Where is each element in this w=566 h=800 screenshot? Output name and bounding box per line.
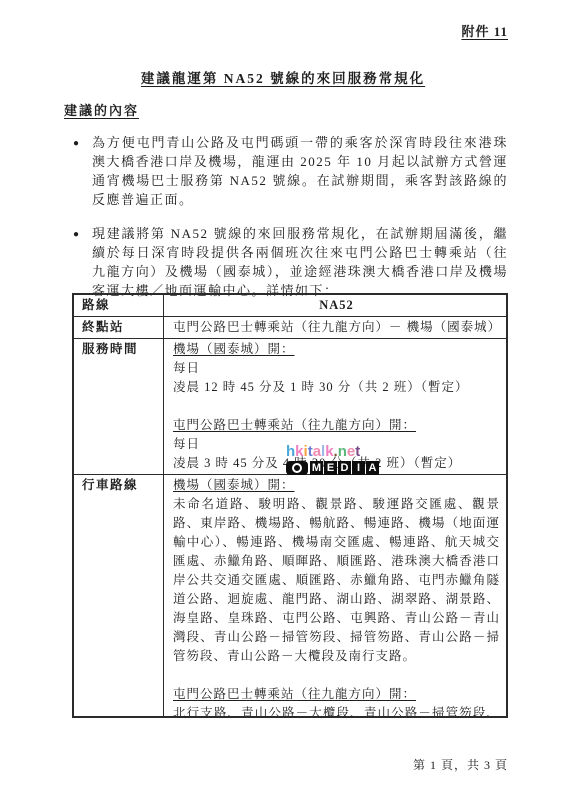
routing-label-cell: 行車路線 [74, 475, 164, 718]
media-letter-box: I [352, 461, 365, 475]
table-row-terminus: 終點站 屯門公路巴士轉乘站（往九龍方向）－ 機場（國泰城） [74, 316, 506, 338]
watermark-site-text: hkitalk.net [286, 444, 380, 459]
media-letter-box: D [338, 461, 351, 475]
camera-icon [286, 461, 308, 475]
site-letter: n [338, 443, 347, 460]
media-letter-box: A [366, 461, 379, 475]
site-letter: t [355, 443, 360, 460]
route-table: 路線 NA52 終點站 屯門公路巴士轉乘站（往九龍方向）－ 機場（國泰城） 服務… [72, 293, 508, 718]
routing-direction1-heading: 機場（國泰城）開： [173, 476, 500, 495]
terminus-value-cell: 屯門公路巴士轉乘站（往九龍方向）－ 機場（國泰城） [164, 317, 506, 338]
site-letter: k [295, 443, 303, 460]
watermark-media-badge: MEDIA [286, 461, 380, 475]
site-letter: a [313, 443, 321, 460]
site-letter: k [325, 443, 333, 460]
bullet-icon: ● [73, 134, 79, 153]
route-label-cell: 路線 [74, 295, 164, 316]
bullet-icon: ● [73, 225, 79, 244]
bullet-list: ● 為方便屯門青山公路及屯門碼頭一帶的乘客於深宵時段往來港珠澳大橋香港口岸及機場… [64, 133, 508, 315]
list-item: ● 為方便屯門青山公路及屯門碼頭一帶的乘客於深宵時段往來港珠澳大橋香港口岸及機場… [64, 133, 508, 209]
routing-direction2-heading: 屯門公路巴士轉乘站（往九龍方向）開： [173, 685, 500, 704]
media-letter-box: E [324, 461, 337, 475]
page-title: 建議龍運第 NA52 號線的來回服務常規化 [0, 67, 566, 87]
section-heading: 建議的內容 [64, 100, 139, 119]
routing-value-cell: 機場（國泰城）開： 未命名道路、駿明路、觀景路、駿運路交匯處、觀景路、東岸路、機… [164, 475, 506, 718]
service-direction2-heading: 屯門公路巴士轉乘站（往九龍方向）開： [173, 416, 500, 435]
media-letter-box: M [310, 461, 323, 475]
bullet-text: 為方便屯門青山公路及屯門碼頭一帶的乘客於深宵時段往來港珠澳大橋香港口岸及機場，龍… [92, 135, 508, 207]
site-letter: e [347, 443, 355, 460]
page-number: 第 1 頁，共 3 頁 [413, 756, 508, 773]
document-page: 附件 11 建議龍運第 NA52 號線的來回服務常規化 建議的內容 ● 為方便屯… [0, 0, 566, 800]
terminus-label-cell: 終點站 [74, 317, 164, 338]
watermark: hkitalk.net MEDIA [286, 444, 380, 475]
table-row-route: 路線 NA52 [74, 295, 506, 316]
site-letter: h [286, 443, 295, 460]
bullet-text: 現建議將第 NA52 號線的來回服務常規化，在試辦期屆滿後，繼續於每日深宵時段提… [92, 226, 508, 298]
service-hours-label-cell: 服務時間 [74, 339, 164, 474]
service-direction1-times: 凌晨 12 時 45 分及 1 時 30 分（共 2 班）（暫定） [173, 378, 500, 397]
service-direction1-days: 每日 [173, 359, 500, 378]
blank-line [173, 666, 500, 685]
annex-label: 附件 11 [461, 21, 508, 40]
table-row-routing: 行車路線 機場（國泰城）開： 未命名道路、駿明路、觀景路、駿運路交匯處、觀景路、… [74, 474, 506, 718]
routing-direction2-route: 北行支路、青山公路－大欖段、青山公路－掃管笏段、掃管笏路、青山公路－掃管笏段、青… [173, 704, 500, 718]
service-direction1-heading: 機場（國泰城）開： [173, 340, 500, 359]
route-value-cell: NA52 [164, 295, 506, 316]
blank-line [173, 397, 500, 416]
list-item: ● 現建議將第 NA52 號線的來回服務常規化，在試辦期屆滿後，繼續於每日深宵時… [64, 224, 508, 300]
routing-direction1-route: 未命名道路、駿明路、觀景路、駿運路交匯處、觀景路、東岸路、機場路、暢航路、暢連路… [173, 495, 500, 666]
